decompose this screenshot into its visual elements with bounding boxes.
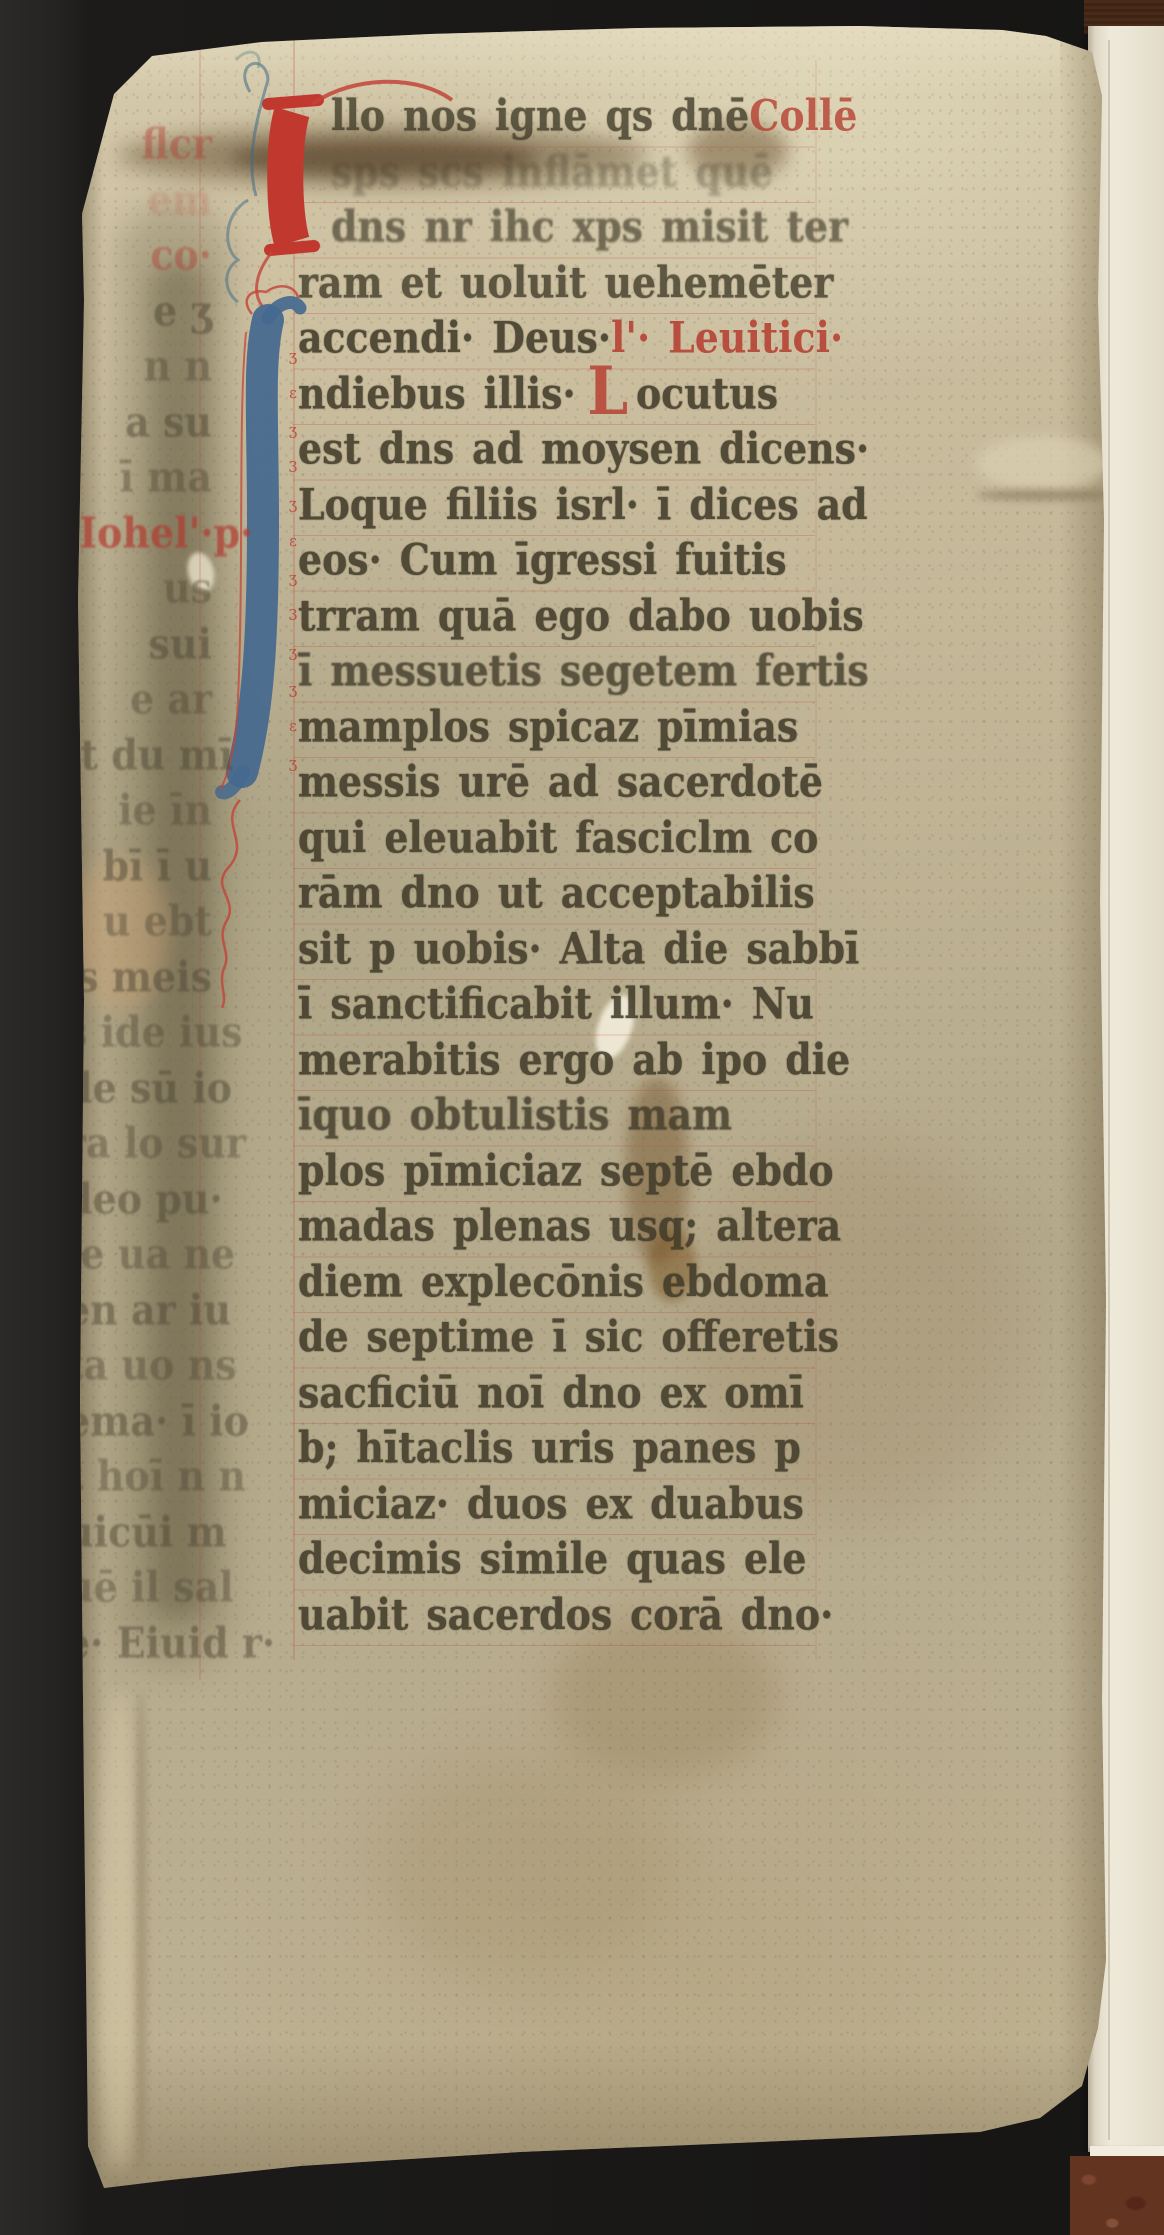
left-column-fragment: co·: [66, 229, 236, 290]
text-line: accendi· Deus·l'· Leuitici·: [298, 312, 802, 373]
text-line: diem explecōnis ebdoma: [298, 1256, 802, 1317]
left-column-fragment: flcr: [66, 118, 236, 179]
text-line: mamplos spicaz pīmias: [298, 701, 802, 762]
left-column-fragment: ta uo ns: [66, 1339, 236, 1400]
left-column-fragment: uicūi m: [66, 1506, 236, 1567]
left-column-fragment: s meis: [66, 951, 236, 1012]
fold-highlight: [976, 436, 1110, 490]
text-line: sps scs inflāmet quē: [298, 146, 802, 207]
page-edge-line: [1108, 40, 1110, 2140]
text-line: rām dno ut acceptabilis: [298, 867, 802, 928]
left-column-fragment: uē il sal: [66, 1561, 236, 1622]
rubric: l'· Leuitici·: [611, 312, 843, 365]
left-column-fragment: en ar iu: [66, 1284, 236, 1345]
text-line: de septime ī sic offeretis: [298, 1311, 802, 1372]
left-column-fragment: em: [66, 174, 236, 235]
fold-crease-line: [976, 490, 1110, 500]
text-line: dns nr ihc xps misit ter: [298, 201, 802, 262]
text-line: miciaz· duos ex duabus: [298, 1478, 802, 1539]
page-bottom-sliver: [1090, 2146, 1164, 2156]
left-column-fragment: e· Eiuid r·: [66, 1617, 236, 1678]
left-column-fragment: ie īn: [66, 784, 236, 845]
left-column-fragment: e ʒ: [66, 285, 236, 346]
text-line: plos pīmiciaz septē ebdo: [298, 1145, 802, 1206]
left-column-fragment: e ar: [66, 673, 236, 734]
vertical-crease-dark: [136, 1690, 146, 2170]
text-line: llo nos igne qs dnēCollē: [298, 90, 802, 151]
text-line: uabit sacerdos corā dno·: [298, 1589, 802, 1650]
leaf-right-shade: [1060, 30, 1106, 2130]
binding-leather-bottom: [1070, 2156, 1164, 2235]
left-column-fragment: ema· ī io: [66, 1395, 236, 1456]
manuscript-photograph: ʒ ε ʒ 3 ʒ ε ʒ 3 ʒ ʒ ε ʒ flcremco·e ʒn na…: [0, 0, 1164, 2235]
left-column-fragment: bī ī u: [66, 840, 236, 901]
text-line: sacficiū noī dno ex omī: [298, 1367, 802, 1428]
stain-lower-faint: [370, 1750, 680, 1980]
left-column-fragment: n n: [66, 340, 236, 401]
vertical-crease-light: [100, 1690, 138, 2170]
left-column-fragment: t hoī n n: [66, 1450, 236, 1511]
text-line: ī sanctificabit illum· Nu: [298, 978, 802, 1039]
red-lombard-initial: L: [587, 368, 628, 416]
left-column-fragment: ie ua ne: [66, 1228, 236, 1289]
left-column-fragment: ī ma: [66, 451, 236, 512]
text-line: trram quā ego dabo uobis: [298, 590, 802, 651]
vertical-ruling-column: [293, 40, 295, 1660]
text-line: eos· Cum īgressi fuitis: [298, 534, 802, 595]
left-column-fragment: ra lo sur: [66, 1117, 236, 1178]
text-line: ndiebus illis·Locutus: [298, 368, 802, 429]
text-line: b; hītaclis uris panes p: [298, 1422, 802, 1483]
left-column-fragment: sui: [66, 618, 236, 679]
left-column-fragment: a su: [66, 396, 236, 457]
text-line: Loque filiis isrl· ī dices ad: [298, 479, 802, 540]
text-line: decimis simile quas ele: [298, 1533, 802, 1594]
text-line: īquo obtulistis mam: [298, 1089, 802, 1150]
parchment-leaf: ʒ ε ʒ 3 ʒ ε ʒ 3 ʒ ʒ ε ʒ flcremco·e ʒn na…: [0, 0, 1164, 2235]
left-column-fragment: u ebt: [66, 895, 236, 956]
leaf-top-highlight: [100, 26, 1060, 96]
left-column-fragment: it du mī: [66, 729, 236, 790]
left-text-column: flcremco·e ʒn na suī ma·Iohel'·p·ussuie …: [66, 118, 236, 1672]
text-line: est dns ad moysen dicens·: [298, 423, 802, 484]
main-text-column: llo nos igne qs dnēCollēsps scs inflāmet…: [298, 90, 818, 1644]
left-column-fragment: de sū io: [66, 1062, 236, 1123]
text-line: ram et uoluit uehemēter: [298, 257, 802, 318]
text-line: messis urē ad sacerdotē: [298, 756, 802, 817]
text-line: sit p uobis· Alta die sabbī: [298, 923, 802, 984]
left-column-fragment: ·Iohel'·p·: [66, 507, 236, 568]
text-line: ī messuetis segetem fertis: [298, 645, 802, 706]
left-column-fragment: deo pu·: [66, 1173, 236, 1234]
left-column-fragment: s ide ius: [66, 1006, 236, 1067]
text-line: qui eleuabit fasciclm co: [298, 812, 802, 873]
left-column-fragment: us: [66, 562, 236, 623]
leaf-bottom-shade: [74, 2040, 1104, 2190]
text-line: madas plenas usq; altera: [298, 1200, 802, 1261]
text-line: merabitis ergo ab ipo die: [298, 1034, 802, 1095]
rubric: Collē: [749, 90, 857, 143]
